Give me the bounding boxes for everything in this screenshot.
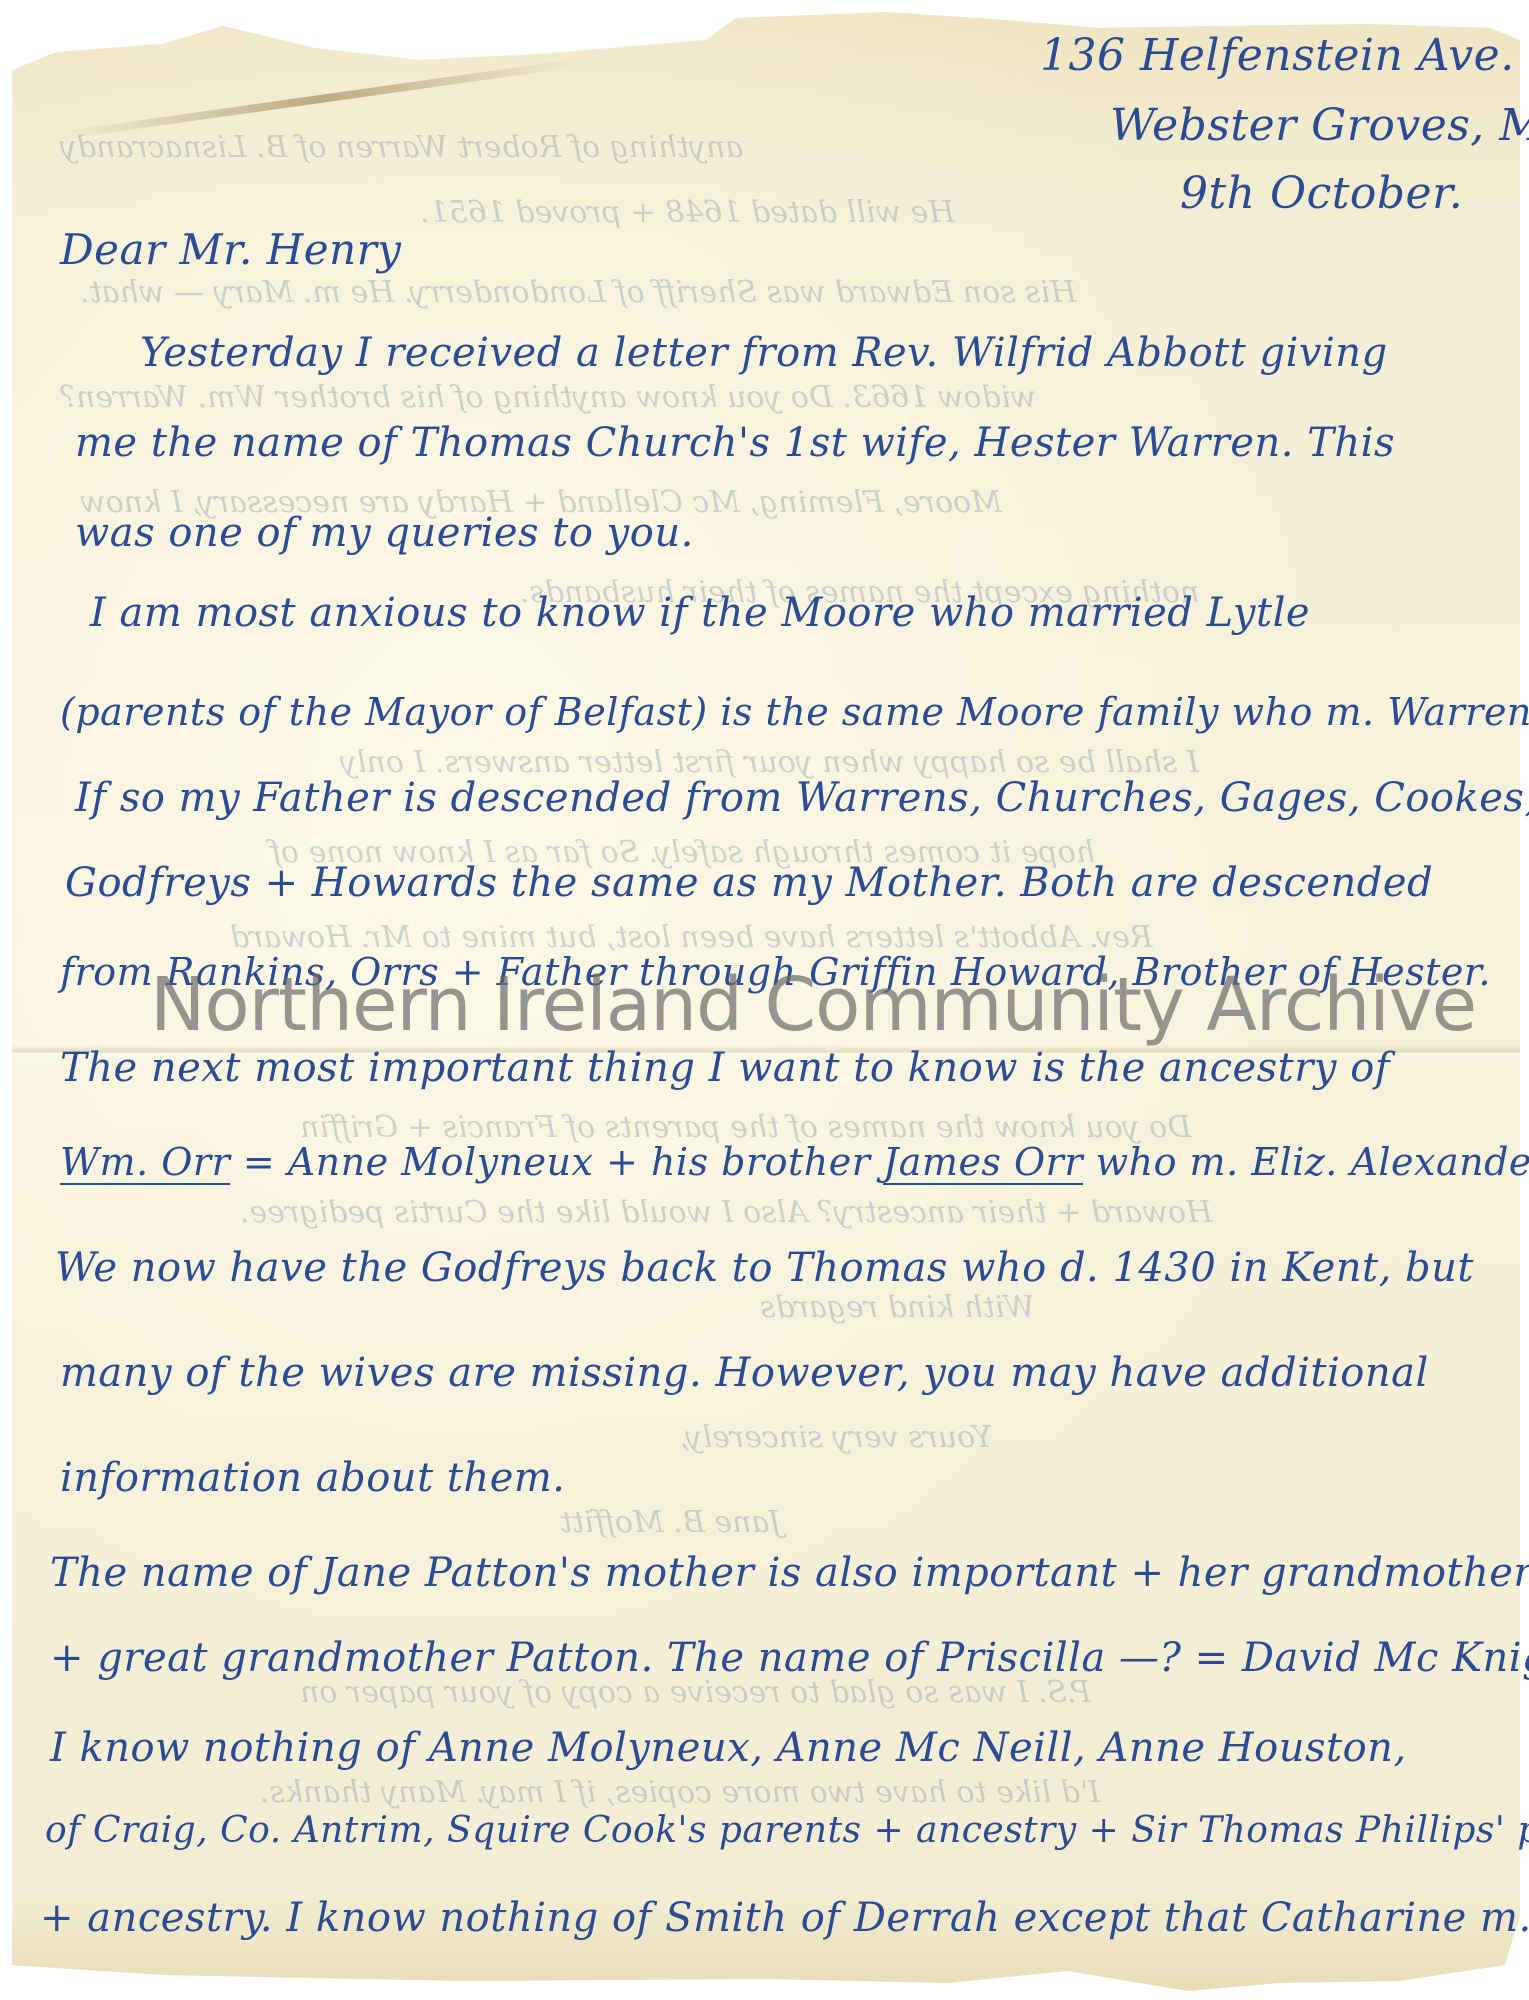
letter-date: 9th October. (1180, 168, 1463, 219)
letter-line: + great grandmother Patton. The name of … (50, 1635, 1529, 1681)
letter-line: + ancestry. I know nothing of Smith of D… (40, 1895, 1529, 1941)
address-city: Webster Groves, Mo. (1110, 100, 1529, 151)
letter-line: many of the wives are missing. However, … (60, 1350, 1429, 1396)
letter-line: The name of Jane Patton's mother is also… (50, 1550, 1529, 1596)
letter-line: of Craig, Co. Antrim, Squire Cook's pare… (45, 1810, 1529, 1851)
bleed-through-text: Jane B. Moffitt (560, 1505, 781, 1540)
letter-line: The next most important thing I want to … (60, 1045, 1390, 1091)
bleed-through-text: anything of Robert Warren of B. Lisnacra… (60, 130, 743, 165)
address-street: 136 Helfenstein Ave. (1040, 30, 1515, 81)
letter-line: I am most anxious to know if the Moore w… (90, 590, 1310, 636)
letter-line: information about them. (60, 1455, 566, 1501)
letter-line: We now have the Godfreys back to Thomas … (55, 1245, 1474, 1291)
letter-line: Godfreys + Howards the same as my Mother… (65, 860, 1433, 906)
bleed-through-text: widow 1663. Do you know anything of his … (60, 380, 1036, 415)
archive-watermark: Northern Ireland Community Archive (150, 962, 1476, 1048)
bleed-through-text: He will dated 1648 + proved 1651. (420, 195, 955, 230)
letter-line: me the name of Thomas Church's 1st wife,… (75, 420, 1395, 466)
letter-line: I know nothing of Anne Molyneux, Anne Mc… (50, 1725, 1407, 1771)
letter-line: Yesterday I received a letter from Rev. … (140, 330, 1388, 376)
letter-line: was one of my queries to you. (75, 510, 694, 556)
bleed-through-text: Howard + their ancestry? Also I would li… (240, 1195, 1212, 1230)
letter-line: If so my Father is descended from Warren… (75, 775, 1529, 821)
salutation: Dear Mr. Henry (60, 225, 402, 274)
bleed-through-text: I'd like to have two more copies, if I m… (260, 1775, 1100, 1810)
letter-line-rest: Wm. Orr = Anne Molyneux + his brother Ja… (60, 1140, 1529, 1184)
bleed-through-text: With kind regards (760, 1290, 1035, 1325)
bleed-through-text: His son Edward was Sheriff of Londonderr… (80, 275, 1076, 310)
underlined-name: James Orr (883, 1140, 1083, 1184)
bleed-through-text: Yours very sincerely, (680, 1420, 992, 1455)
letter-line: (parents of the Mayor of Belfast) is the… (60, 690, 1529, 734)
